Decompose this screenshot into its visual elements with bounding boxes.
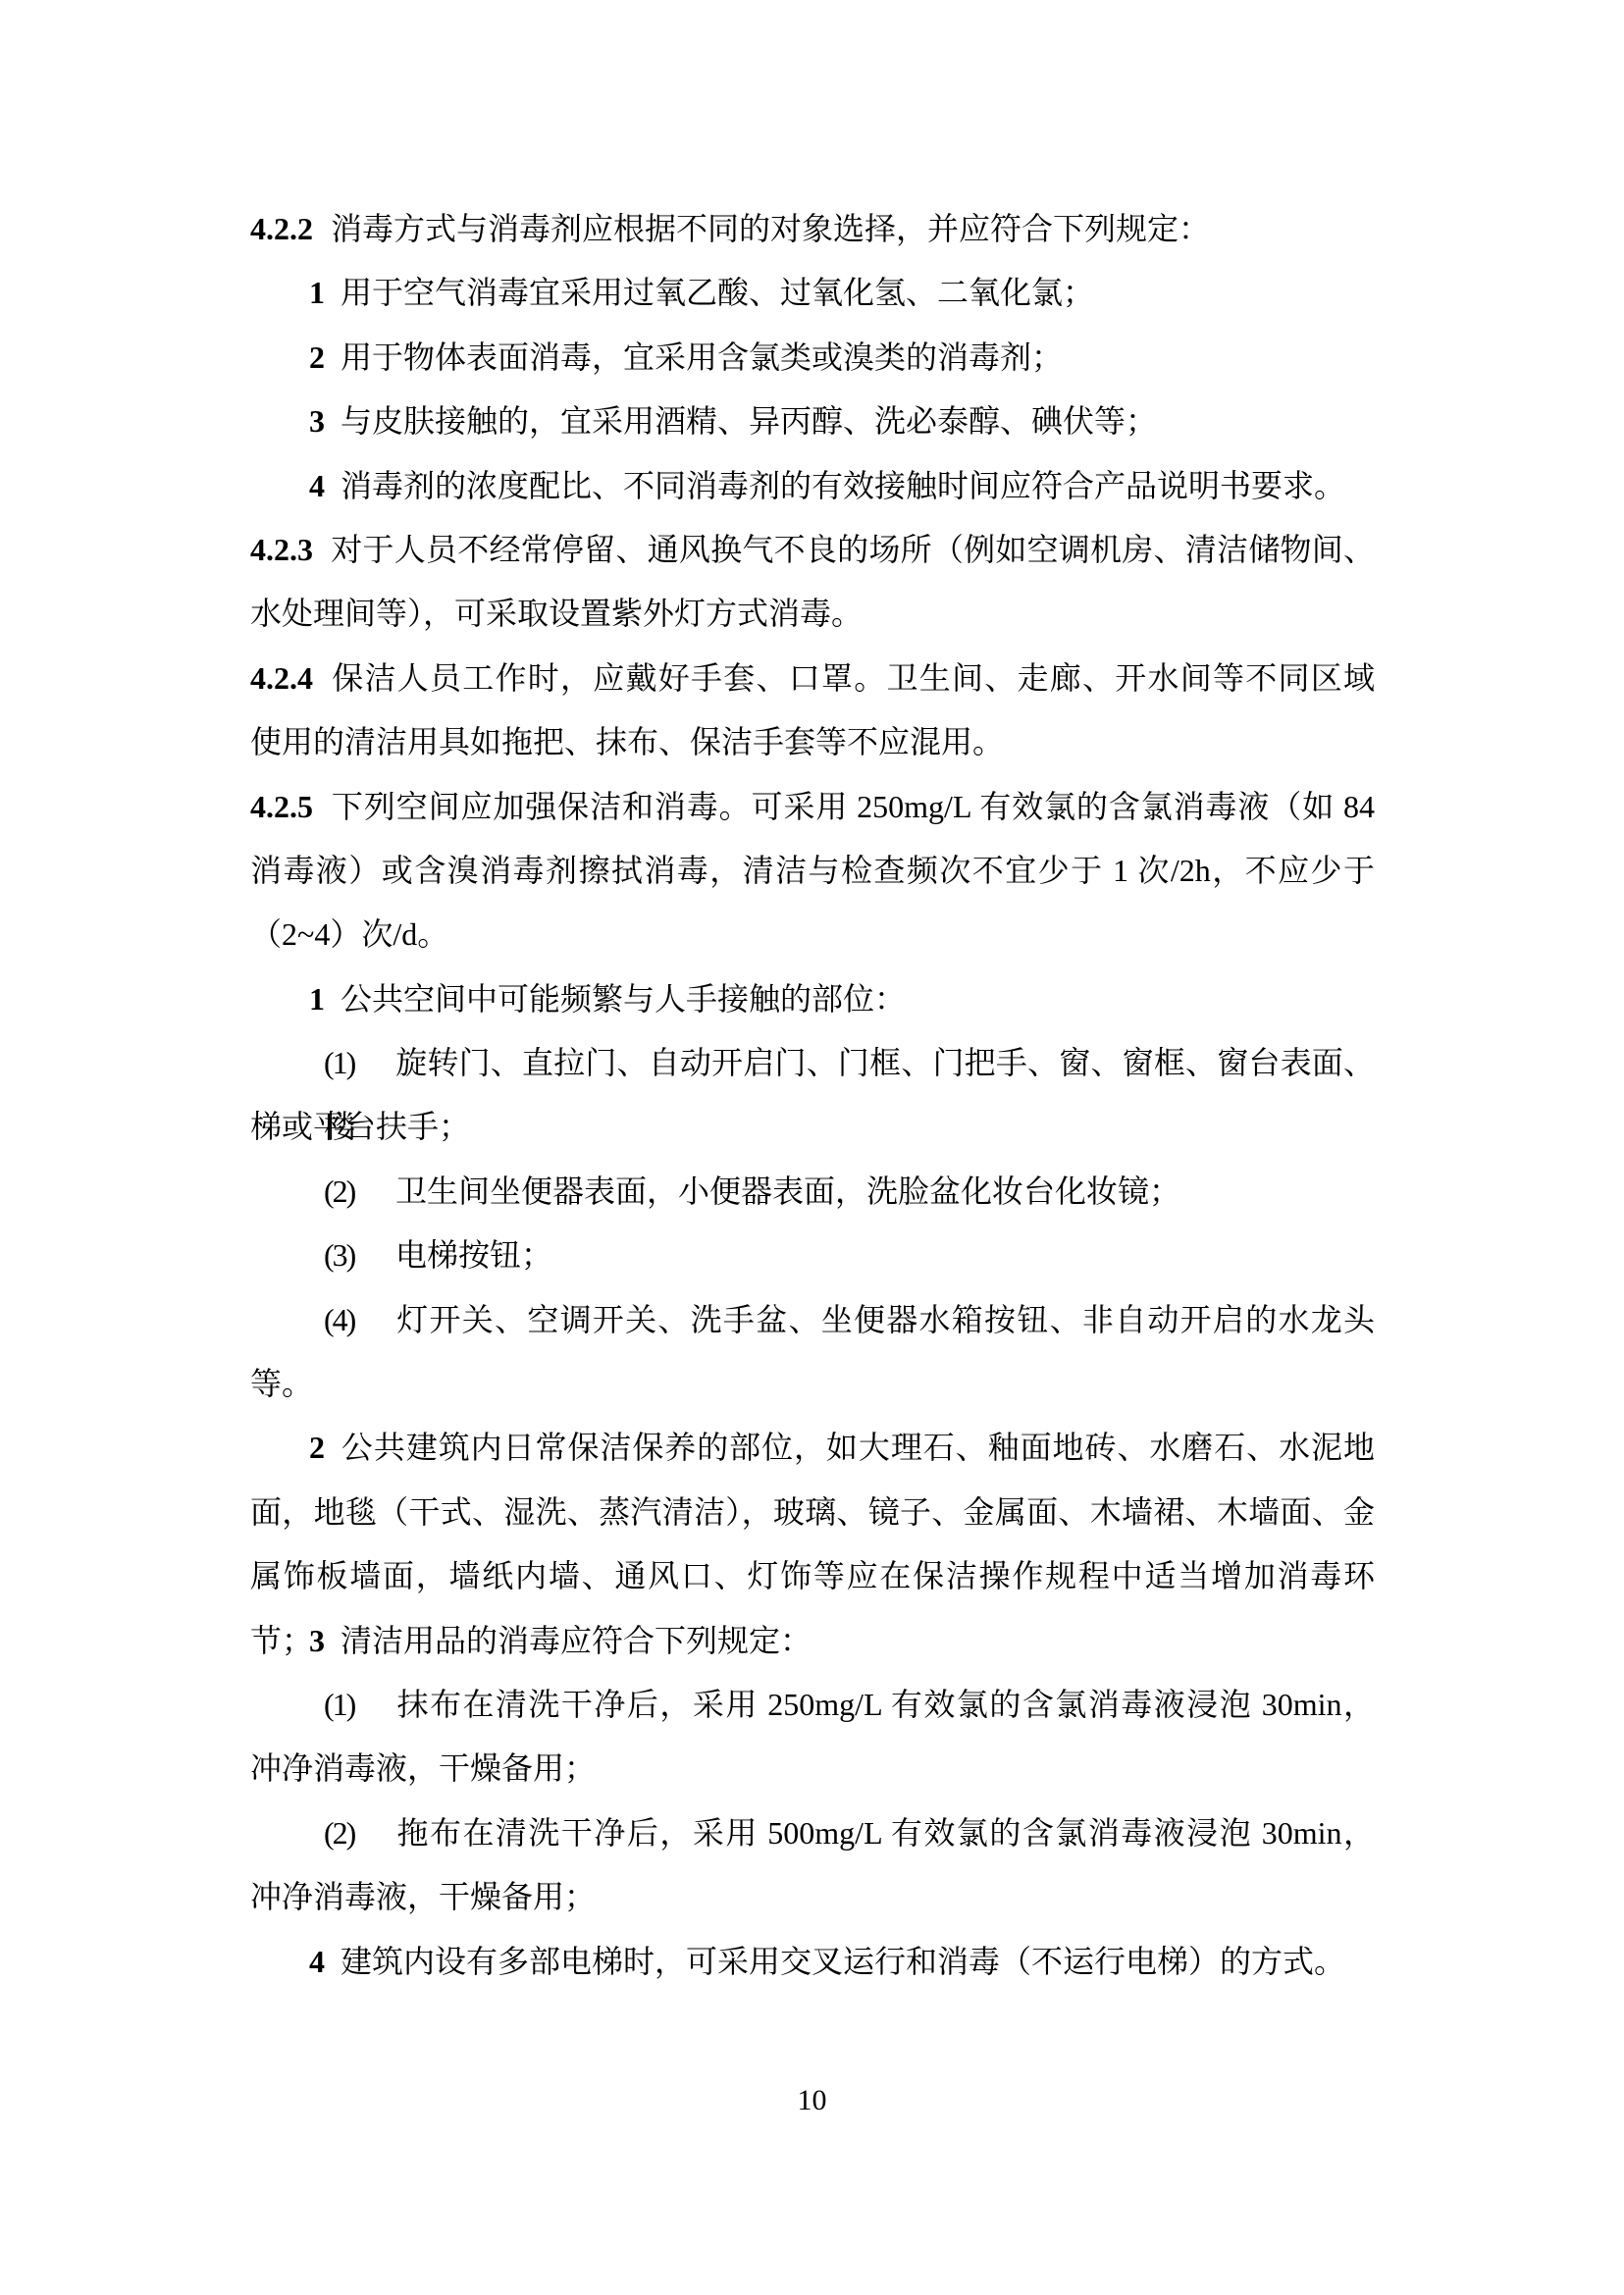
text-line: （2~4）次/d。 — [250, 903, 1375, 966]
text-line: 3与皮肤接触的，宜采用酒精、异丙醇、洗必泰醇、碘伏等； — [250, 390, 1375, 453]
text-line: 冲净消毒液，干燥备用； — [250, 1865, 1375, 1929]
item-number: 2 — [309, 326, 341, 390]
line-text: 消毒剂的浓度配比、不同消毒剂的有效接触时间应符合产品说明书要求。 — [341, 468, 1345, 503]
line-text: 使用的清洁用具如拖把、抹布、保洁手套等不应混用。 — [250, 724, 1004, 759]
document-body: 4.2.2消毒方式与消毒剂应根据不同的对象选择，并应符合下列规定：1用于空气消毒… — [250, 197, 1375, 1994]
text-line: 4.2.3对于人员不经常停留、通风换气不良的场所（例如空调机房、清洁储物间、 — [250, 518, 1375, 582]
line-text: 用于物体表面消毒，宜采用含氯类或溴类的消毒剂； — [341, 339, 1063, 375]
text-line: 4消毒剂的浓度配比、不同消毒剂的有效接触时间应符合产品说明书要求。 — [250, 454, 1375, 518]
line-text: 电梯按钮； — [395, 1237, 552, 1273]
text-line: 2用于物体表面消毒，宜采用含氯类或溴类的消毒剂； — [250, 326, 1375, 390]
item-number: (1) — [324, 1673, 395, 1737]
item-number: 2 — [309, 1416, 341, 1480]
line-text: 保洁人员工作时，应戴好手套、口罩。卫生间、走廊、开水间等不同区域 — [331, 660, 1375, 696]
text-line: 4.2.4保洁人员工作时，应戴好手套、口罩。卫生间、走廊、开水间等不同区域 — [250, 647, 1375, 710]
text-line: (2)拖布在清洗干净后，采用 500mg/L 有效氯的含氯消毒液浸泡 30min… — [250, 1801, 1375, 1865]
line-text: 清洁用品的消毒应符合下列规定： — [341, 1623, 812, 1658]
text-line: (4)灯开关、空调开关、洗手盆、坐便器水箱按钮、非自动开启的水龙头 — [250, 1288, 1375, 1352]
item-number: (3) — [324, 1224, 395, 1287]
text-line: 冲净消毒液，干燥备用； — [250, 1737, 1375, 1800]
line-text: 水处理间等），可采取设置紫外灯方式消毒。 — [250, 596, 863, 631]
text-line: 4.2.5下列空间应加强保洁和消毒。可采用 250mg/L 有效氯的含氯消毒液（… — [250, 775, 1375, 839]
text-line: (3)电梯按钮； — [250, 1224, 1375, 1287]
text-line: 4建筑内设有多部电梯时，可采用交叉运行和消毒（不运行电梯）的方式。 — [250, 1930, 1375, 1994]
text-line: 水处理间等），可采取设置紫外灯方式消毒。 — [250, 582, 1375, 646]
line-text: 用于空气消毒宜采用过氧乙酸、过氧化氢、二氧化氯； — [341, 275, 1094, 310]
line-text: 冲净消毒液，干燥备用； — [250, 1750, 596, 1786]
line-text: 等。 — [250, 1366, 313, 1401]
line-text: 下列空间应加强保洁和消毒。可采用 250mg/L 有效氯的含氯消毒液（如 84 — [331, 789, 1375, 824]
text-line: 属饰板墙面，墙纸内墙、通风口、灯饰等应在保洁操作规程中适当增加消毒环节； — [250, 1544, 1375, 1608]
text-line: 面，地毯（干式、湿洗、蒸汽清洁），玻璃、镜子、金属面、木墙裙、木墙面、金 — [250, 1481, 1375, 1544]
line-text: 卫生间坐便器表面，小便器表面，洗脸盆化妆台化妆镜； — [395, 1174, 1180, 1209]
text-line: (1)旋转门、直拉门、自动开启门、门框、门把手、窗、窗框、窗台表面、楼 — [250, 1031, 1375, 1095]
text-line: (2)卫生间坐便器表面，小便器表面，洗脸盆化妆台化妆镜； — [250, 1160, 1375, 1224]
text-line: 1公共空间中可能频繁与人手接触的部位： — [250, 967, 1375, 1031]
line-text: 建筑内设有多部电梯时，可采用交叉运行和消毒（不运行电梯）的方式。 — [341, 1944, 1345, 1979]
line-text: 灯开关、空调开关、洗手盆、坐便器水箱按钮、非自动开启的水龙头 — [395, 1302, 1375, 1337]
text-line: 消毒液）或含溴消毒剂擦拭消毒，清洁与检查频次不宜少于 1 次/2h，不应少于 — [250, 839, 1375, 903]
item-number: (1) — [324, 1031, 395, 1095]
item-number: 4.2.3 — [250, 518, 331, 582]
line-text: 消毒液）或含溴消毒剂擦拭消毒，清洁与检查频次不宜少于 1 次/2h，不应少于 — [250, 853, 1375, 888]
text-line: 使用的清洁用具如拖把、抹布、保洁手套等不应混用。 — [250, 710, 1375, 774]
text-line: (1)抹布在清洗干净后，采用 250mg/L 有效氯的含氯消毒液浸泡 30min… — [250, 1673, 1375, 1737]
item-number: 4 — [309, 454, 341, 518]
item-number: 3 — [309, 1609, 341, 1673]
item-number: 4.2.5 — [250, 775, 331, 839]
line-text: 公共建筑内日常保洁保养的部位，如大理石、釉面地砖、水磨石、水泥地 — [341, 1430, 1375, 1465]
item-number: 4.2.4 — [250, 647, 331, 710]
line-text: 消毒方式与消毒剂应根据不同的对象选择，并应符合下列规定： — [331, 211, 1210, 246]
line-text: 与皮肤接触的，宜采用酒精、异丙醇、洗必泰醇、碘伏等； — [341, 403, 1157, 439]
item-number: 4.2.2 — [250, 197, 331, 261]
text-line: 2公共建筑内日常保洁保养的部位，如大理石、釉面地砖、水磨石、水泥地 — [250, 1416, 1375, 1480]
line-text: 梯或平台扶手； — [250, 1109, 470, 1144]
line-text: 面，地毯（干式、湿洗、蒸汽清洁），玻璃、镜子、金属面、木墙裙、木墙面、金 — [250, 1494, 1375, 1530]
text-line: 梯或平台扶手； — [250, 1095, 1375, 1159]
item-number: 3 — [309, 390, 341, 453]
text-line: 3清洁用品的消毒应符合下列规定： — [250, 1609, 1375, 1673]
text-line: 等。 — [250, 1352, 1375, 1416]
item-number: 1 — [309, 967, 341, 1031]
item-number: 1 — [309, 261, 341, 325]
item-number: (2) — [324, 1160, 395, 1224]
line-text: （2~4）次/d。 — [250, 916, 448, 952]
text-line: 1用于空气消毒宜采用过氧乙酸、过氧化氢、二氧化氯； — [250, 261, 1375, 325]
text-line: 4.2.2消毒方式与消毒剂应根据不同的对象选择，并应符合下列规定： — [250, 197, 1375, 261]
page-number: 10 — [0, 2084, 1624, 2117]
line-text: 公共空间中可能频繁与人手接触的部位： — [341, 981, 906, 1017]
document-page: 4.2.2消毒方式与消毒剂应根据不同的对象选择，并应符合下列规定：1用于空气消毒… — [0, 0, 1624, 2295]
line-text: 抹布在清洗干净后，采用 250mg/L 有效氯的含氯消毒液浸泡 30min， — [395, 1687, 1375, 1722]
item-number: (2) — [324, 1801, 395, 1865]
line-text: 对于人员不经常停留、通风换气不良的场所（例如空调机房、清洁储物间、 — [331, 532, 1375, 567]
item-number: 4 — [309, 1930, 341, 1994]
item-number: (4) — [324, 1288, 395, 1352]
line-text: 冲净消毒液，干燥备用； — [250, 1879, 596, 1914]
line-text: 拖布在清洗干净后，采用 500mg/L 有效氯的含氯消毒液浸泡 30min， — [395, 1815, 1375, 1851]
